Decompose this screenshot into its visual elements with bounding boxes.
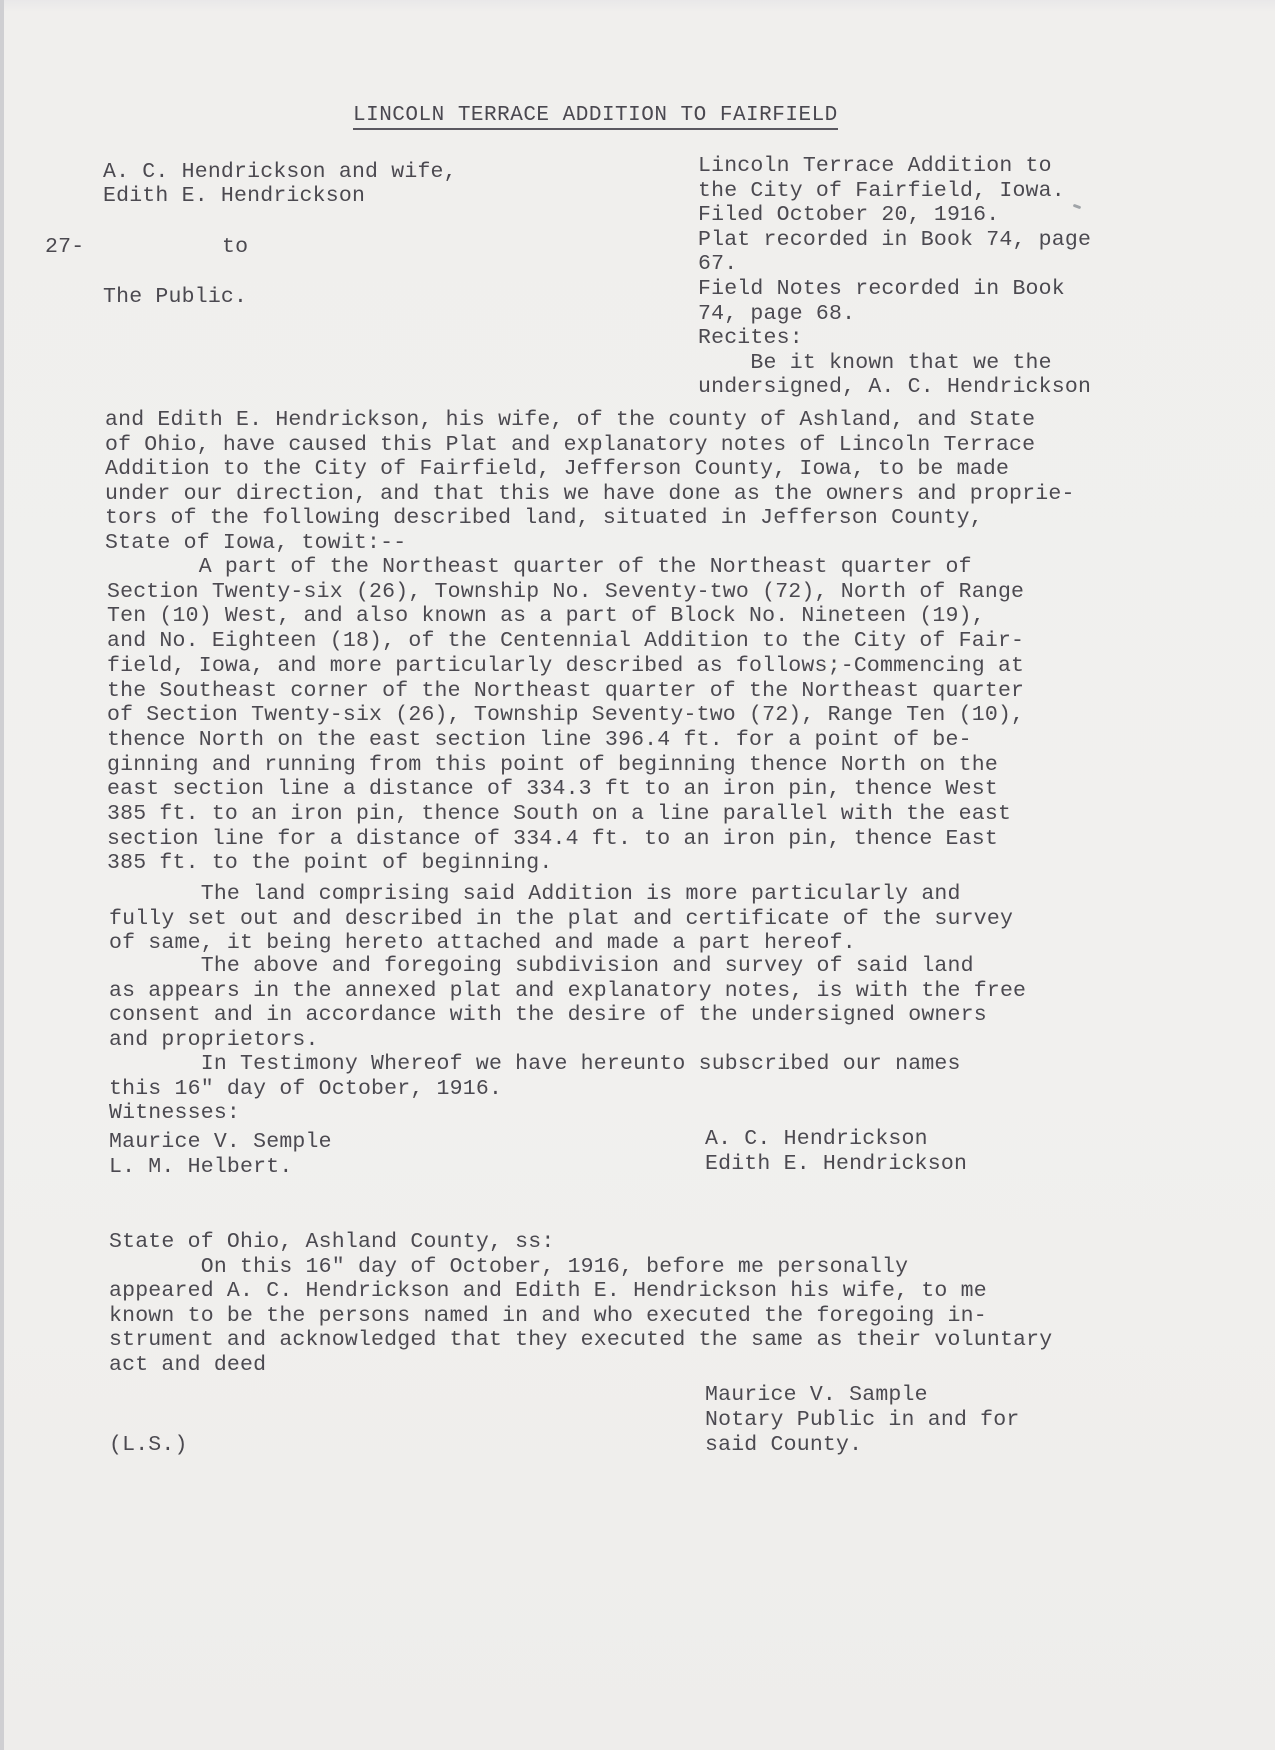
body-line: Addition to the City of Fairfield, Jeffe… [105, 457, 1009, 481]
body-line: The land comprising said Addition is mor… [109, 882, 961, 906]
body-line: field, Iowa, and more particularly descr… [107, 654, 1024, 678]
body-line: fully set out and described in the plat … [109, 907, 1013, 931]
body-line: and Edith E. Hendrickson, his wife, of t… [105, 408, 1035, 432]
filing-line: undersigned, A. C. Hendrickson [698, 375, 1091, 399]
body-line: 385 ft. to the point of beginning. [107, 851, 552, 875]
body-line: and proprietors. [109, 1028, 319, 1052]
witness-name: L. M. Helbert. [109, 1155, 292, 1179]
body-line: thence North on the east section line 39… [107, 728, 972, 752]
testimony-line: this 16" day of October, 1916. [109, 1077, 502, 1101]
parties-to: to [222, 235, 248, 259]
margin-number: 27- [45, 235, 84, 259]
body-line: under our direction, and that this we ha… [105, 482, 1075, 506]
grantor-line-1: A. C. Hendrickson and wife, [103, 160, 457, 184]
filing-line: 67. [698, 252, 737, 276]
notary-line: Notary Public in and for [705, 1408, 1019, 1432]
body-line: consent and in accordance with the desir… [109, 1003, 987, 1027]
filing-line: 74, page 68. [698, 302, 855, 326]
testimony-line: In Testimony Whereof we have hereunto su… [109, 1052, 961, 1076]
body-line: The above and foregoing subdivision and … [109, 954, 974, 978]
notary-line: said County. [705, 1433, 862, 1457]
acknowledgment-line: known to be the persons named in and who… [109, 1304, 987, 1328]
signatory-name: Edith E. Hendrickson [705, 1152, 967, 1176]
acknowledgment-line: strument and acknowledged that they exec… [109, 1328, 1052, 1352]
filing-line: the City of Fairfield, Iowa. [698, 179, 1065, 203]
acknowledgment-line: act and deed [109, 1353, 266, 1377]
body-line: section line for a distance of 334.4 ft.… [107, 827, 998, 851]
body-line: of Ohio, have caused this Plat and expla… [105, 433, 1035, 457]
filing-line: Lincoln Terrace Addition to [698, 154, 1052, 178]
body-line: Ten (10) West, and also known as a part … [107, 604, 985, 628]
acknowledgment-line: appeared A. C. Hendrickson and Edith E. … [109, 1279, 987, 1303]
filing-line: Recites: [698, 326, 803, 350]
notary-line: Maurice V. Sample [705, 1383, 928, 1407]
grantor-line-2: Edith E. Hendrickson [103, 184, 365, 208]
seal-label: (L.S.) [109, 1433, 188, 1457]
acknowledgment-line: On this 16" day of October, 1916, before… [109, 1255, 908, 1279]
body-line: of same, it being hereto attached and ma… [109, 931, 856, 955]
body-line: the Southeast corner of the Northeast qu… [107, 679, 1024, 703]
signatory-name: A. C. Hendrickson [705, 1127, 928, 1151]
body-line: 385 ft. to an iron pin, thence South on … [107, 802, 1011, 826]
witness-name: Maurice V. Semple [109, 1130, 332, 1154]
body-line: State of Iowa, towit:-- [105, 531, 406, 555]
scan-edge [0, 0, 4, 1750]
filing-line: Plat recorded in Book 74, page [698, 228, 1091, 252]
body-line: and No. Eighteen (18), of the Centennial… [107, 629, 1024, 653]
body-line: as appears in the annexed plat and expla… [109, 979, 1026, 1003]
body-line: ginning and running from this point of b… [107, 753, 998, 777]
acknowledgment-line: State of Ohio, Ashland County, ss: [109, 1230, 554, 1254]
body-line: A part of the Northeast quarter of the N… [107, 555, 972, 579]
document-title: LINCOLN TERRACE ADDITION TO FAIRFIELD [353, 104, 838, 130]
body-line: Section Twenty-six (26), Township No. Se… [107, 580, 1024, 604]
filing-line: Filed October 20, 1916. [698, 203, 999, 227]
testimony-line: Witnesses: [109, 1101, 240, 1125]
body-line: east section line a distance of 334.3 ft… [107, 777, 998, 801]
body-line: of Section Twenty-six (26), Township Sev… [107, 703, 1024, 727]
body-line: tors of the following described land, si… [105, 506, 983, 530]
filing-line: Be it known that we the [698, 351, 1052, 375]
filing-line: Field Notes recorded in Book [698, 277, 1065, 301]
grantee: The Public. [103, 285, 247, 309]
